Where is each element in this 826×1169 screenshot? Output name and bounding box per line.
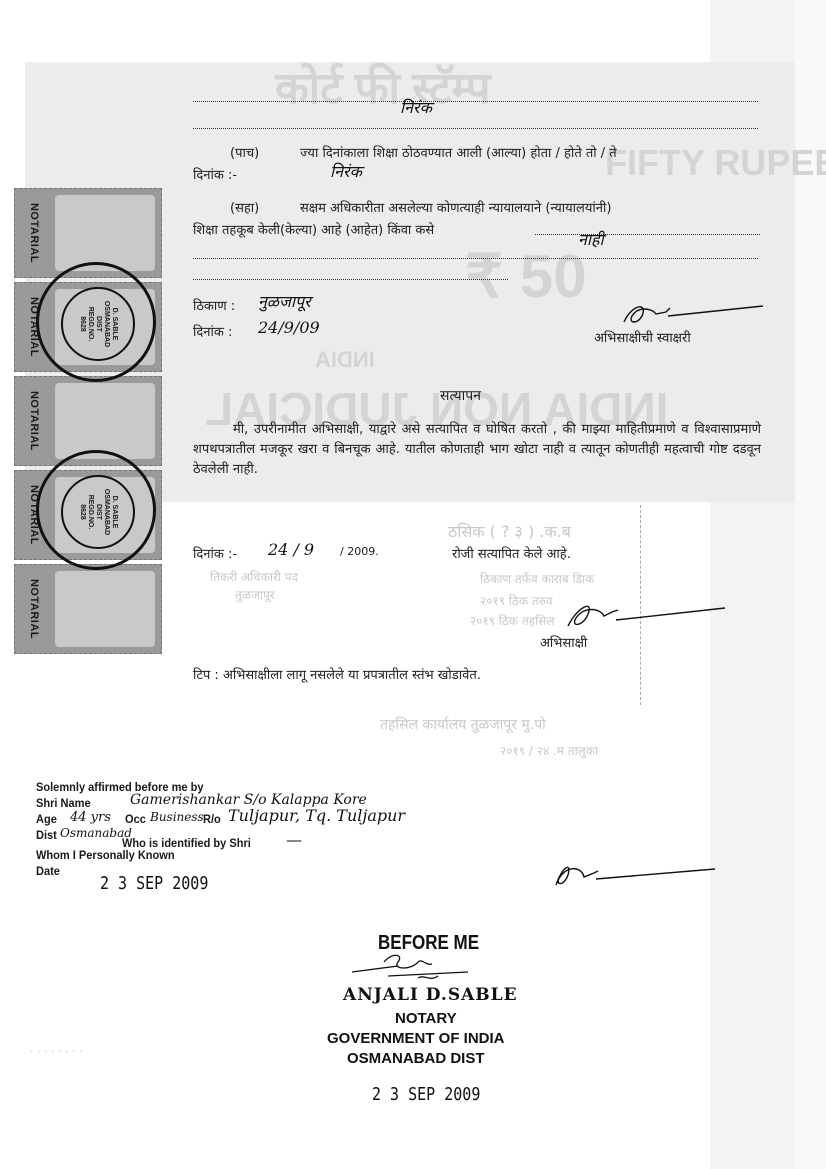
verification-body: मी, उपरीनामीत अभिसाक्षी, याद्वारे असे सत… [193, 420, 761, 480]
date-value: 24/9/09 [258, 318, 320, 337]
item6-text-line1: सक्षम अधिकारीता असलेल्या कोणत्याही न्याय… [300, 198, 611, 216]
notarial-stamp-label: NOTARIAL [28, 579, 40, 639]
notary-name: ANJALI D.SABLE [343, 985, 518, 1005]
notary-seal: D. SABLE OSMANABAD DIST REGD.NO. 8628 [36, 262, 156, 382]
notary-authority: GOVERNMENT OF INDIA [327, 1030, 505, 1047]
affirmation-age-label: Age [36, 812, 57, 826]
ghost-stamp-text: तुळजापूर [235, 586, 275, 603]
notary-seal-text: D. SABLE OSMANABAD DIST REGD.NO. 8628 [78, 301, 118, 347]
ghost-stamp-text: तहसिल कार्यालय तुळजापूर मु.पो [380, 715, 546, 734]
ghost-stamp-text: २०१९ ठिक तहसिल [470, 612, 554, 629]
blank-line [193, 258, 758, 259]
item5-date-label: दिनांक :- [193, 165, 237, 183]
affirmation-known-text: Whom I Personally Known [36, 848, 175, 862]
ghost-stamp-text: ठसिक ( ? ३ ) .क.ब [448, 520, 571, 542]
stamp-paper-watermark-fifty: FIFTY RUPEES [605, 142, 826, 184]
ashoka-emblem-icon [55, 383, 155, 459]
notary-seal-text: D. SABLE OSMANABAD DIST REGD.NO. 8628 [78, 489, 118, 535]
verification-date-year: / 2009. [340, 545, 379, 558]
date-label: दिनांक : [193, 322, 232, 340]
blank-line [193, 128, 758, 129]
affirmation-date-stamp: 2 3 SEP 2009 [100, 872, 208, 894]
verification-signatory-caption: अभिसाक्षी [540, 633, 587, 651]
affirmation-date-label: Date [36, 864, 60, 878]
blank-line [193, 279, 508, 280]
ghost-stamp-text: २०१९ / २४ .म तालुका [500, 742, 598, 759]
verification-date-suffix: रोजी सत्यापित केले आहे. [452, 544, 571, 562]
notarial-stamp-label: NOTARIAL [28, 391, 40, 451]
item5-label: (पाच) [230, 143, 259, 161]
verification-heading: सत्यापन [440, 386, 481, 405]
ghost-stamp-text: २०१९ ठिक तरुव [480, 592, 553, 609]
notary-seal: D. SABLE OSMANABAD DIST REGD.NO. 8628 [36, 450, 156, 570]
notary-signature [550, 855, 720, 895]
notary-date-stamp: 2 3 SEP 2009 [372, 1083, 480, 1105]
affirmation-residence-label: R/o [203, 812, 221, 826]
verification-note: टिप : अभिसाक्षीला लागू नसलेले या प्रपत्र… [193, 665, 481, 683]
blank-line [535, 234, 760, 235]
affirmation-occ-label: Occ [125, 812, 146, 826]
place-label: ठिकाण : [193, 296, 235, 314]
stamp-paper-watermark-value: ₹ 50 [465, 242, 587, 312]
ghost-text: · · · · · · · · [30, 1045, 82, 1058]
affirmation-occ-value: Business [150, 810, 204, 824]
item6-value: नाही [578, 228, 604, 250]
ashoka-emblem-icon [55, 195, 155, 271]
deponent-signature-caption: अभिसाक्षीची स्वाक्षरी [594, 328, 691, 346]
verification-date-label: दिनांक :- [193, 544, 237, 562]
notarial-stamp: NOTARIAL [14, 564, 162, 654]
deponent-signature [618, 298, 768, 330]
item6-label: (सहा) [230, 198, 259, 216]
verification-date-value: 24 / 9 [268, 540, 314, 559]
notarial-stamp-label: NOTARIAL [28, 203, 40, 263]
notarial-stamps: NOTARIAL NOTARIAL NOTARIAL NOTARIAL NOTA… [14, 180, 164, 655]
ghost-stamp-text: तिकरी अधिकारी पद [210, 568, 298, 585]
notary-title: NOTARY [395, 1010, 457, 1027]
deponent-signature-verification [560, 596, 730, 636]
stamp-paper-watermark-title: कोर्ट फी स्टॅम्प [275, 56, 490, 116]
handwritten-blank-entry: निरंक [400, 96, 432, 118]
ghost-stamp-text: ठिकाण तर्फेव काराब डिाक [480, 570, 594, 587]
affirmation-identified-value: — [286, 830, 302, 849]
affirmation-age-value: 44 yrs [70, 810, 111, 825]
notary-block-signature [348, 952, 478, 988]
ashoka-emblem-icon [55, 571, 155, 647]
affirmation-dist-label: Dist [36, 828, 57, 842]
item6-text-line2: शिक्षा तहकूब केली(केल्या) आहे (आहेत) किं… [193, 220, 434, 238]
place-value: नुळजापूर [258, 290, 311, 312]
item5-date-value: निरंक [330, 160, 362, 182]
affirmation-residence-value: Tuljapur, Tq. Tuljapur [228, 806, 405, 825]
stamp-paper-watermark-india: INDIA [315, 347, 375, 373]
item5-text: ज्या दिनांकाला शिक्षा ठोठवण्यात आली (आल्… [300, 143, 617, 161]
blank-line [193, 101, 758, 102]
notary-district: OSMANABAD DIST [347, 1050, 485, 1067]
affirmation-name-label: Shri Name [36, 796, 91, 810]
